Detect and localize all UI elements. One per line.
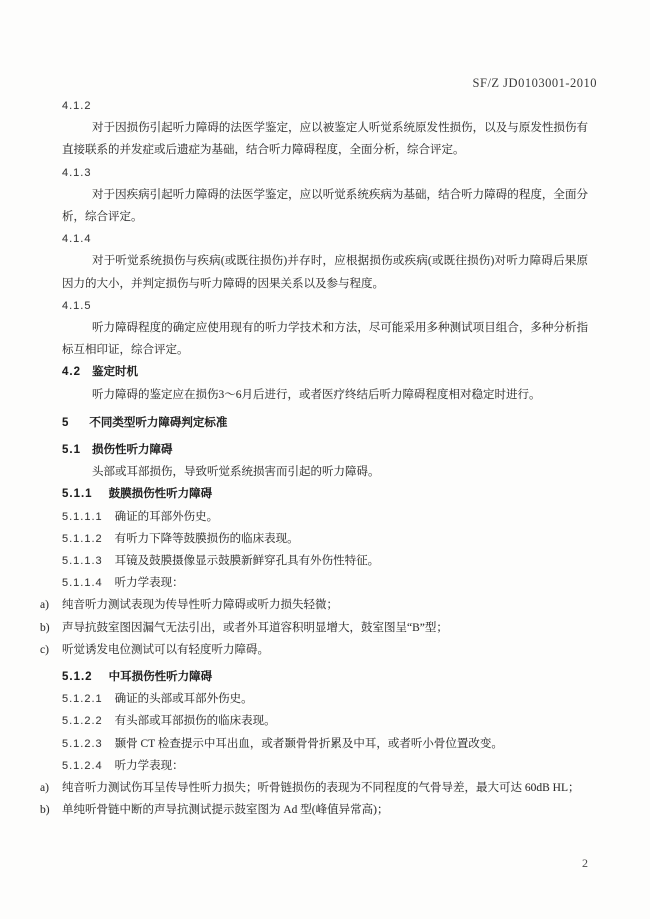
- list-item: a)纯音听力测试表现为传导性听力障碍或听力损失轻微；: [62, 594, 588, 616]
- list-item: c)听觉诱发电位测试可以有轻度听力障碍。: [62, 639, 588, 661]
- subsection-heading: 5.1.1鼓膜损伤性听力障碍: [62, 483, 588, 505]
- item-text: 颞骨 CT 检查提示中耳出血，或者颞骨骨折累及中耳，或者听小骨位置改变。: [115, 738, 503, 750]
- numbered-item: 5.1.1.2有听力下降等鼓膜损伤的临床表现。: [62, 528, 588, 550]
- subsection-title: 鼓膜损伤性听力障碍: [109, 488, 213, 500]
- item-text: 有头部或耳部损伤的临床表现。: [115, 715, 276, 727]
- list-item: b)声导抗鼓室图因漏气无法引出，或者外耳道容积明显增大，鼓室图呈“B”型；: [62, 617, 588, 639]
- section-number: 5.1: [62, 444, 81, 456]
- item-number: 5.1.2.3: [62, 738, 103, 750]
- item-text: 确证的耳部外伤史。: [115, 511, 219, 523]
- item-number: 5.1.1.1: [62, 511, 103, 523]
- item-text: 听力学表现：: [115, 577, 184, 589]
- item-text: 耳镜及鼓膜摄像显示鼓膜新鲜穿孔具有外伤性特征。: [115, 555, 380, 567]
- document-page: SF/Z JD0103001-2010 4.1.2 对于因损伤引起听力障碍的法医…: [0, 0, 650, 919]
- item-number: 5.1.1.2: [62, 533, 103, 545]
- body-paragraph: 对于因疾病引起听力障碍的法医学鉴定，应以听觉系统疾病为基础，结合听力障碍的程度，…: [62, 184, 588, 228]
- list-marker: b): [40, 799, 62, 821]
- numbered-item: 5.1.1.4听力学表现：: [62, 572, 588, 594]
- body-paragraph: 听力障碍的鉴定应在损伤3～6月后进行，或者医疗终结后听力障碍程度相对稳定时进行。: [62, 384, 588, 406]
- page-number: 2: [582, 856, 588, 871]
- numbered-item: 5.1.2.2有头部或耳部损伤的临床表现。: [62, 710, 588, 732]
- subsection-number: 5.1.2: [62, 671, 93, 683]
- body-paragraph: 对于听觉系统损伤与疾病(或既往损伤)并存时，应根据损伤或疾病(或既往损伤)对听力…: [62, 250, 588, 294]
- list-text: 听觉诱发电位测试可以有轻度听力障碍。: [62, 644, 269, 656]
- document-content: 4.1.2 对于因损伤引起听力障碍的法医学鉴定，应以被鉴定人听觉系统原发性损伤，…: [62, 95, 588, 822]
- numbered-item: 5.1.2.4听力学表现：: [62, 755, 588, 777]
- subsection-title: 中耳损伤性听力障碍: [109, 671, 213, 683]
- list-text: 声导抗鼓室图因漏气无法引出，或者外耳道容积明显增大，鼓室图呈“B”型；: [62, 622, 448, 634]
- list-marker: c): [40, 639, 62, 661]
- clause-number: 4.1.4: [62, 228, 588, 250]
- chapter-heading: 5不同类型听力障碍判定标准: [62, 412, 588, 434]
- numbered-item: 5.1.1.3耳镜及鼓膜摄像显示鼓膜新鲜穿孔具有外伤性特征。: [62, 550, 588, 572]
- item-number: 5.1.1.3: [62, 555, 103, 567]
- subsection-heading: 5.1.2中耳损伤性听力障碍: [62, 666, 588, 688]
- item-number: 5.1.2.2: [62, 715, 103, 727]
- item-number: 5.1.1.4: [62, 577, 103, 589]
- chapter-title: 不同类型听力障碍判定标准: [89, 417, 227, 429]
- section-number: 4.2: [62, 366, 81, 378]
- section-heading: 5.1损伤性听力障碍: [62, 439, 588, 461]
- chapter-number: 5: [62, 417, 69, 429]
- item-text: 有听力下降等鼓膜损伤的临床表现。: [115, 533, 299, 545]
- body-paragraph: 对于因损伤引起听力障碍的法医学鉴定，应以被鉴定人听觉系统原发性损伤，以及与原发性…: [62, 117, 588, 161]
- item-text: 确证的头部或耳部外伤史。: [115, 693, 253, 705]
- item-text: 听力学表现：: [115, 760, 184, 772]
- list-marker: a): [40, 594, 62, 616]
- section-heading: 4.2鉴定时机: [62, 361, 588, 383]
- list-text: 单纯听骨链中断的声导抗测试提示鼓室图为 Ad 型(峰值异常高)；: [62, 804, 388, 816]
- numbered-item: 5.1.1.1确证的耳部外伤史。: [62, 506, 588, 528]
- body-paragraph: 头部或耳部损伤，导致听觉系统损害而引起的听力障碍。: [62, 461, 588, 483]
- list-marker: a): [40, 777, 62, 799]
- list-item: a)纯音听力测试伤耳呈传导性听力损失；听骨链损伤的表现为不同程度的气骨导差，最大…: [62, 777, 588, 799]
- clause-number: 4.1.5: [62, 295, 588, 317]
- list-text: 纯音听力测试伤耳呈传导性听力损失；听骨链损伤的表现为不同程度的气骨导差，最大可达…: [62, 782, 580, 794]
- clause-number: 4.1.3: [62, 162, 588, 184]
- section-title: 损伤性听力障碍: [92, 444, 173, 456]
- item-number: 5.1.2.4: [62, 760, 103, 772]
- numbered-item: 5.1.2.1确证的头部或耳部外伤史。: [62, 688, 588, 710]
- section-title: 鉴定时机: [92, 366, 138, 378]
- item-number: 5.1.2.1: [62, 693, 103, 705]
- clause-number: 4.1.2: [62, 95, 588, 117]
- list-marker: b): [40, 617, 62, 639]
- subsection-number: 5.1.1: [62, 488, 93, 500]
- list-item: b)单纯听骨链中断的声导抗测试提示鼓室图为 Ad 型(峰值异常高)；: [62, 799, 588, 821]
- standard-number-header: SF/Z JD0103001-2010: [473, 76, 597, 91]
- list-text: 纯音听力测试表现为传导性听力障碍或听力损失轻微；: [62, 599, 338, 611]
- numbered-item: 5.1.2.3颞骨 CT 检查提示中耳出血，或者颞骨骨折累及中耳，或者听小骨位置…: [62, 733, 588, 755]
- body-paragraph: 听力障碍程度的确定应使用现有的听力学技术和方法，尽可能采用多种测试项目组合，多种…: [62, 317, 588, 361]
